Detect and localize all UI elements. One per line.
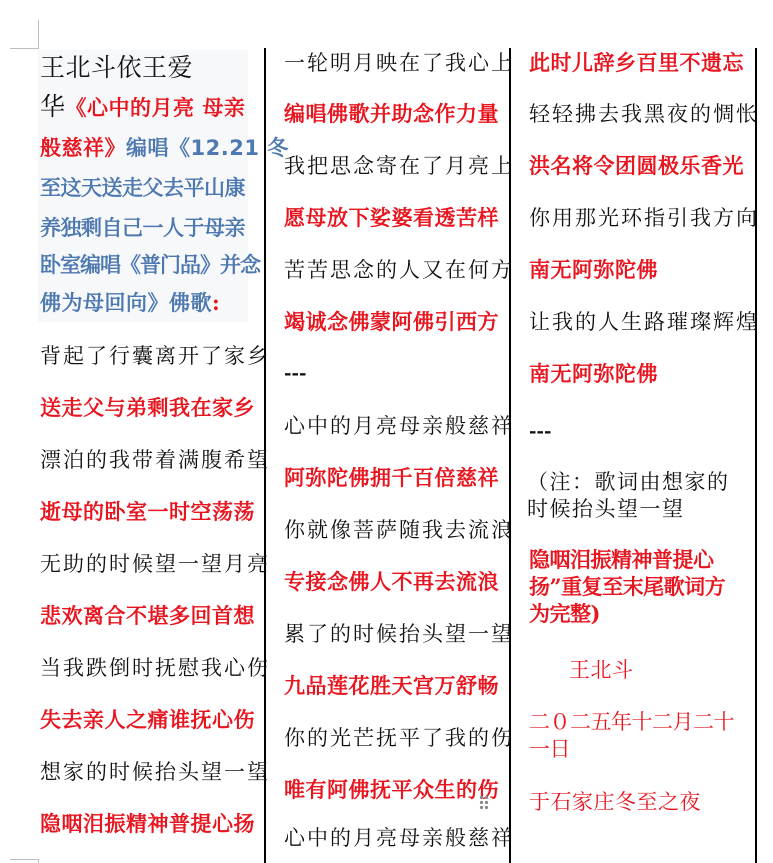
lyric-line: 想家的时候抬头望一望 [40, 759, 270, 785]
lyric-line: 让我的人生路璀璨辉煌 [529, 309, 759, 335]
place-text: 于石家庄冬至之夜 [529, 789, 701, 815]
lyric-line: 悲欢离合不堪多回首想 [40, 603, 255, 629]
lyric-line: 一轮明月映在了我心上 [284, 50, 514, 76]
date-text: 二０二五年十二月二十一日 [529, 709, 739, 763]
lyric-line: 轻轻拂去我黑夜的惆怅 [529, 101, 759, 127]
lyric-line: 隐咽泪振精神普提心扬 [40, 811, 255, 837]
title-line-6: 卧室编唱《普门品》并念 [40, 252, 260, 278]
title-line-2: 华《心中的月亮 母亲 [40, 94, 245, 122]
title-line-1: 王北斗依王爱 [40, 55, 193, 81]
title-line-4: 至这天送走父去平山康 [40, 175, 245, 201]
note-text-highlight: 隐咽泪振精神普提心扬”重复至末尾歌词方为完整) [529, 546, 739, 627]
lyric-line: 南无阿弥陀佛 [529, 257, 658, 283]
title-line-5: 养独剩自己一人于母亲 [40, 215, 245, 241]
title-line-7: 佛为母回向》佛歌: [40, 290, 220, 317]
lyric-line: 南无阿弥陀佛 [529, 361, 658, 387]
lyric-line: 我把思念寄在了月亮上 [284, 153, 514, 179]
lyric-line: 苦苦思念的人又在何方 [284, 257, 514, 283]
lyric-line: 背起了行囊离开了家乡 [40, 343, 270, 369]
page-corner-mark-bottom-left [10, 859, 39, 863]
lyric-line: 无助的时候望一望月亮 [40, 551, 270, 577]
title-subtitle-end: 佛为母回向》佛歌 [40, 291, 212, 315]
lyric-line: 失去亲人之痛谁抚心伤 [40, 707, 255, 733]
title-subtitle-start: 编唱《12.21 冬 [126, 136, 289, 160]
lyric-line: 此时儿辞乡百里不遗忘 [529, 50, 744, 76]
lyric-line: 心中的月亮母亲般慈祥 [284, 825, 514, 851]
document-page: 王北斗依王爱 华《心中的月亮 母亲 般慈祥》编唱《12.21 冬 至这天送走父去… [0, 0, 773, 863]
lyric-line: 唯有阿佛抚平众生的伤 [284, 777, 499, 803]
lyric-line: 竭诚念佛蒙阿佛引西方 [284, 309, 499, 335]
lyric-line: 你用那光环指引我方向 [529, 205, 759, 231]
lyric-line: 当我跌倒时抚慰我心伤 [40, 655, 270, 681]
lyric-line: 漂泊的我带着满腹希望 [40, 447, 270, 473]
lyric-line: 逝母的卧室一时空荡荡 [40, 499, 255, 525]
lyric-line: 编唱佛歌并助念作力量 [284, 101, 499, 127]
lyric-line: 九品莲花胜天宫万舒畅 [284, 673, 499, 699]
page-corner-mark-top-left [10, 20, 39, 49]
lyric-line: 心中的月亮母亲般慈祥 [284, 413, 514, 439]
title-line-3: 般慈祥》编唱《12.21 冬 [40, 135, 289, 162]
title-author-suffix: 华 [40, 92, 66, 121]
lyric-line: 洪名将令团圆极乐香光 [529, 153, 744, 179]
lyric-line: 愿母放下娑婆看透苦样 [284, 205, 499, 231]
title-song-name-end: 般慈祥》 [40, 135, 126, 160]
column-divider-3 [755, 48, 757, 863]
title-colon: : [212, 290, 220, 315]
drag-handle-icon[interactable] [479, 795, 489, 811]
lyric-line: 累了的时候抬头望一望 [284, 621, 514, 647]
section-separator: --- [284, 361, 306, 387]
lyric-line: 你就像菩萨随我去流浪 [284, 517, 514, 543]
title-song-name: 《心中的月亮 母亲 [66, 95, 246, 120]
lyric-line: 专接念佛人不再去流浪 [284, 569, 499, 595]
lyric-line: 送走父与弟剩我在家乡 [40, 395, 255, 421]
signature: 王北斗 [569, 657, 634, 683]
lyric-line: 你的光芒抚平了我的伤 [284, 725, 514, 751]
note-text: （注：歌词由想家的时候抬头望一望 [527, 469, 737, 523]
lyric-line: 阿弥陀佛拥千百倍慈祥 [284, 465, 499, 491]
section-separator: --- [529, 419, 551, 445]
